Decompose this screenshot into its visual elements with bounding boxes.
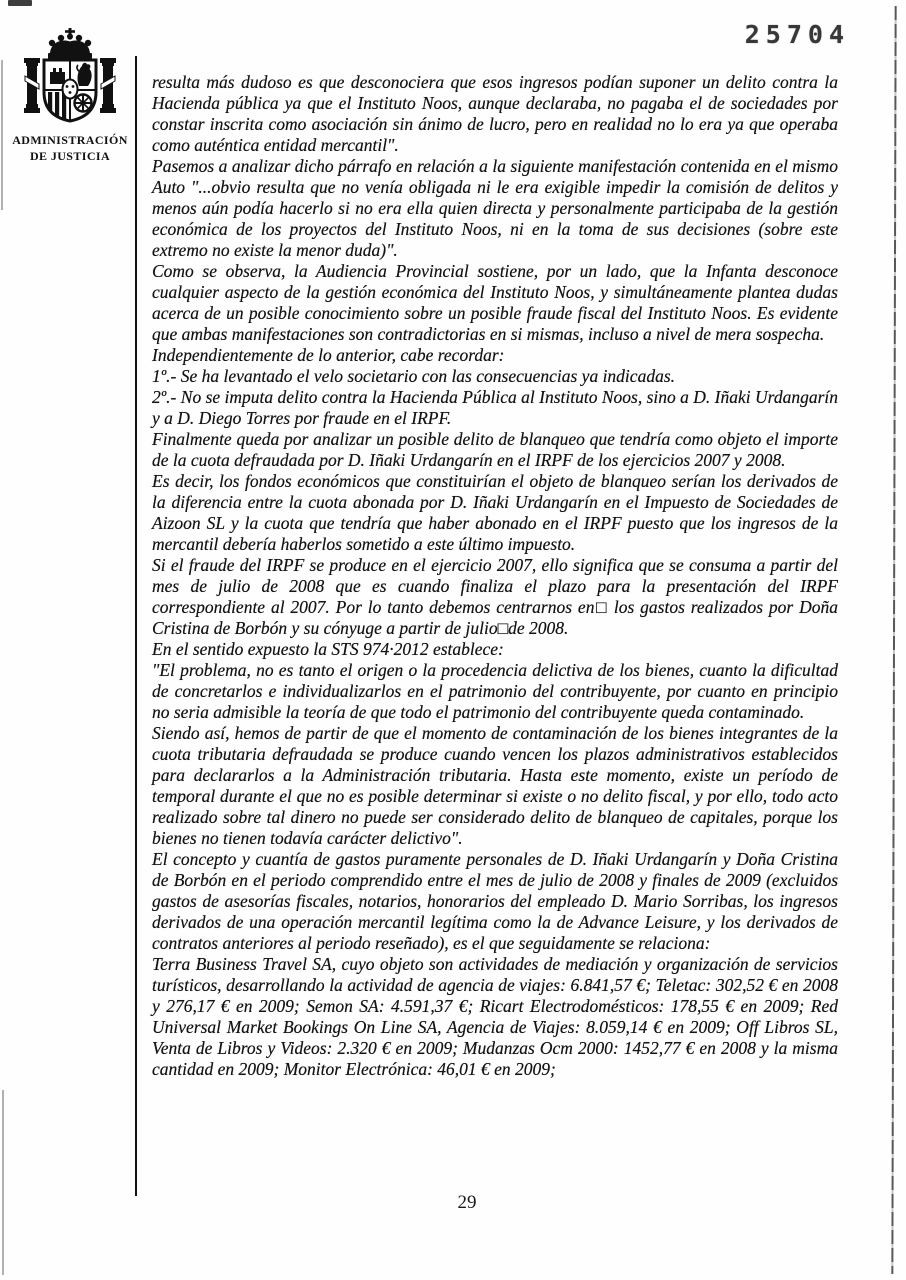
paragraph: El concepto y cuantía de gastos purament…: [152, 849, 838, 954]
margin-divider-rule: [135, 56, 137, 1196]
paragraph: "El problema, no es tanto el origen o la…: [152, 660, 838, 723]
letterhead-caption: ADMINISTRACIÓN DE JUSTICIA: [0, 132, 140, 164]
document-body: resulta más dudoso es que desconociera q…: [152, 72, 838, 1080]
spanish-coat-of-arms-icon: [22, 28, 118, 128]
letterhead: ADMINISTRACIÓN DE JUSTICIA: [0, 28, 140, 164]
paragraph: Terra Business Travel SA, cuyo objeto so…: [152, 954, 838, 1080]
paragraph: Independientemente de lo anterior, cabe …: [152, 345, 838, 366]
paragraph: Siendo así, hemos de partir de que el mo…: [152, 723, 838, 849]
page-number: 29: [407, 1192, 527, 1214]
scan-artifact-right-edge: [891, 6, 896, 1274]
folio-stamp-number: 25704: [745, 20, 850, 49]
paragraph: En el sentido expuesto la STS 974·2012 e…: [152, 639, 838, 660]
letterhead-line1: ADMINISTRACIÓN: [0, 132, 140, 148]
scan-artifact-left-edge: [2, 1090, 4, 1275]
letterhead-line2: DE JUSTICIA: [0, 148, 140, 164]
paragraph: Como se observa, la Audiencia Provincial…: [152, 261, 838, 345]
paragraph: Es decir, los fondos económicos que cons…: [152, 471, 838, 555]
paragraph: resulta más dudoso es que desconociera q…: [152, 72, 838, 156]
paragraph: 2º.- No se imputa delito contra la Hacie…: [152, 387, 838, 429]
paragraph: Pasemos a analizar dicho párrafo en rela…: [152, 156, 838, 261]
paragraph: Finalmente queda por analizar un posible…: [152, 429, 838, 471]
scanned-court-document-page: ADMINISTRACIÓN DE JUSTICIA 25704 resulta…: [0, 0, 906, 1280]
paragraph: Si el fraude del IRPF se produce en el e…: [152, 555, 838, 639]
scan-artifact-top-left: [8, 0, 32, 6]
paragraph: 1º.- Se ha levantado el velo societario …: [152, 366, 838, 387]
